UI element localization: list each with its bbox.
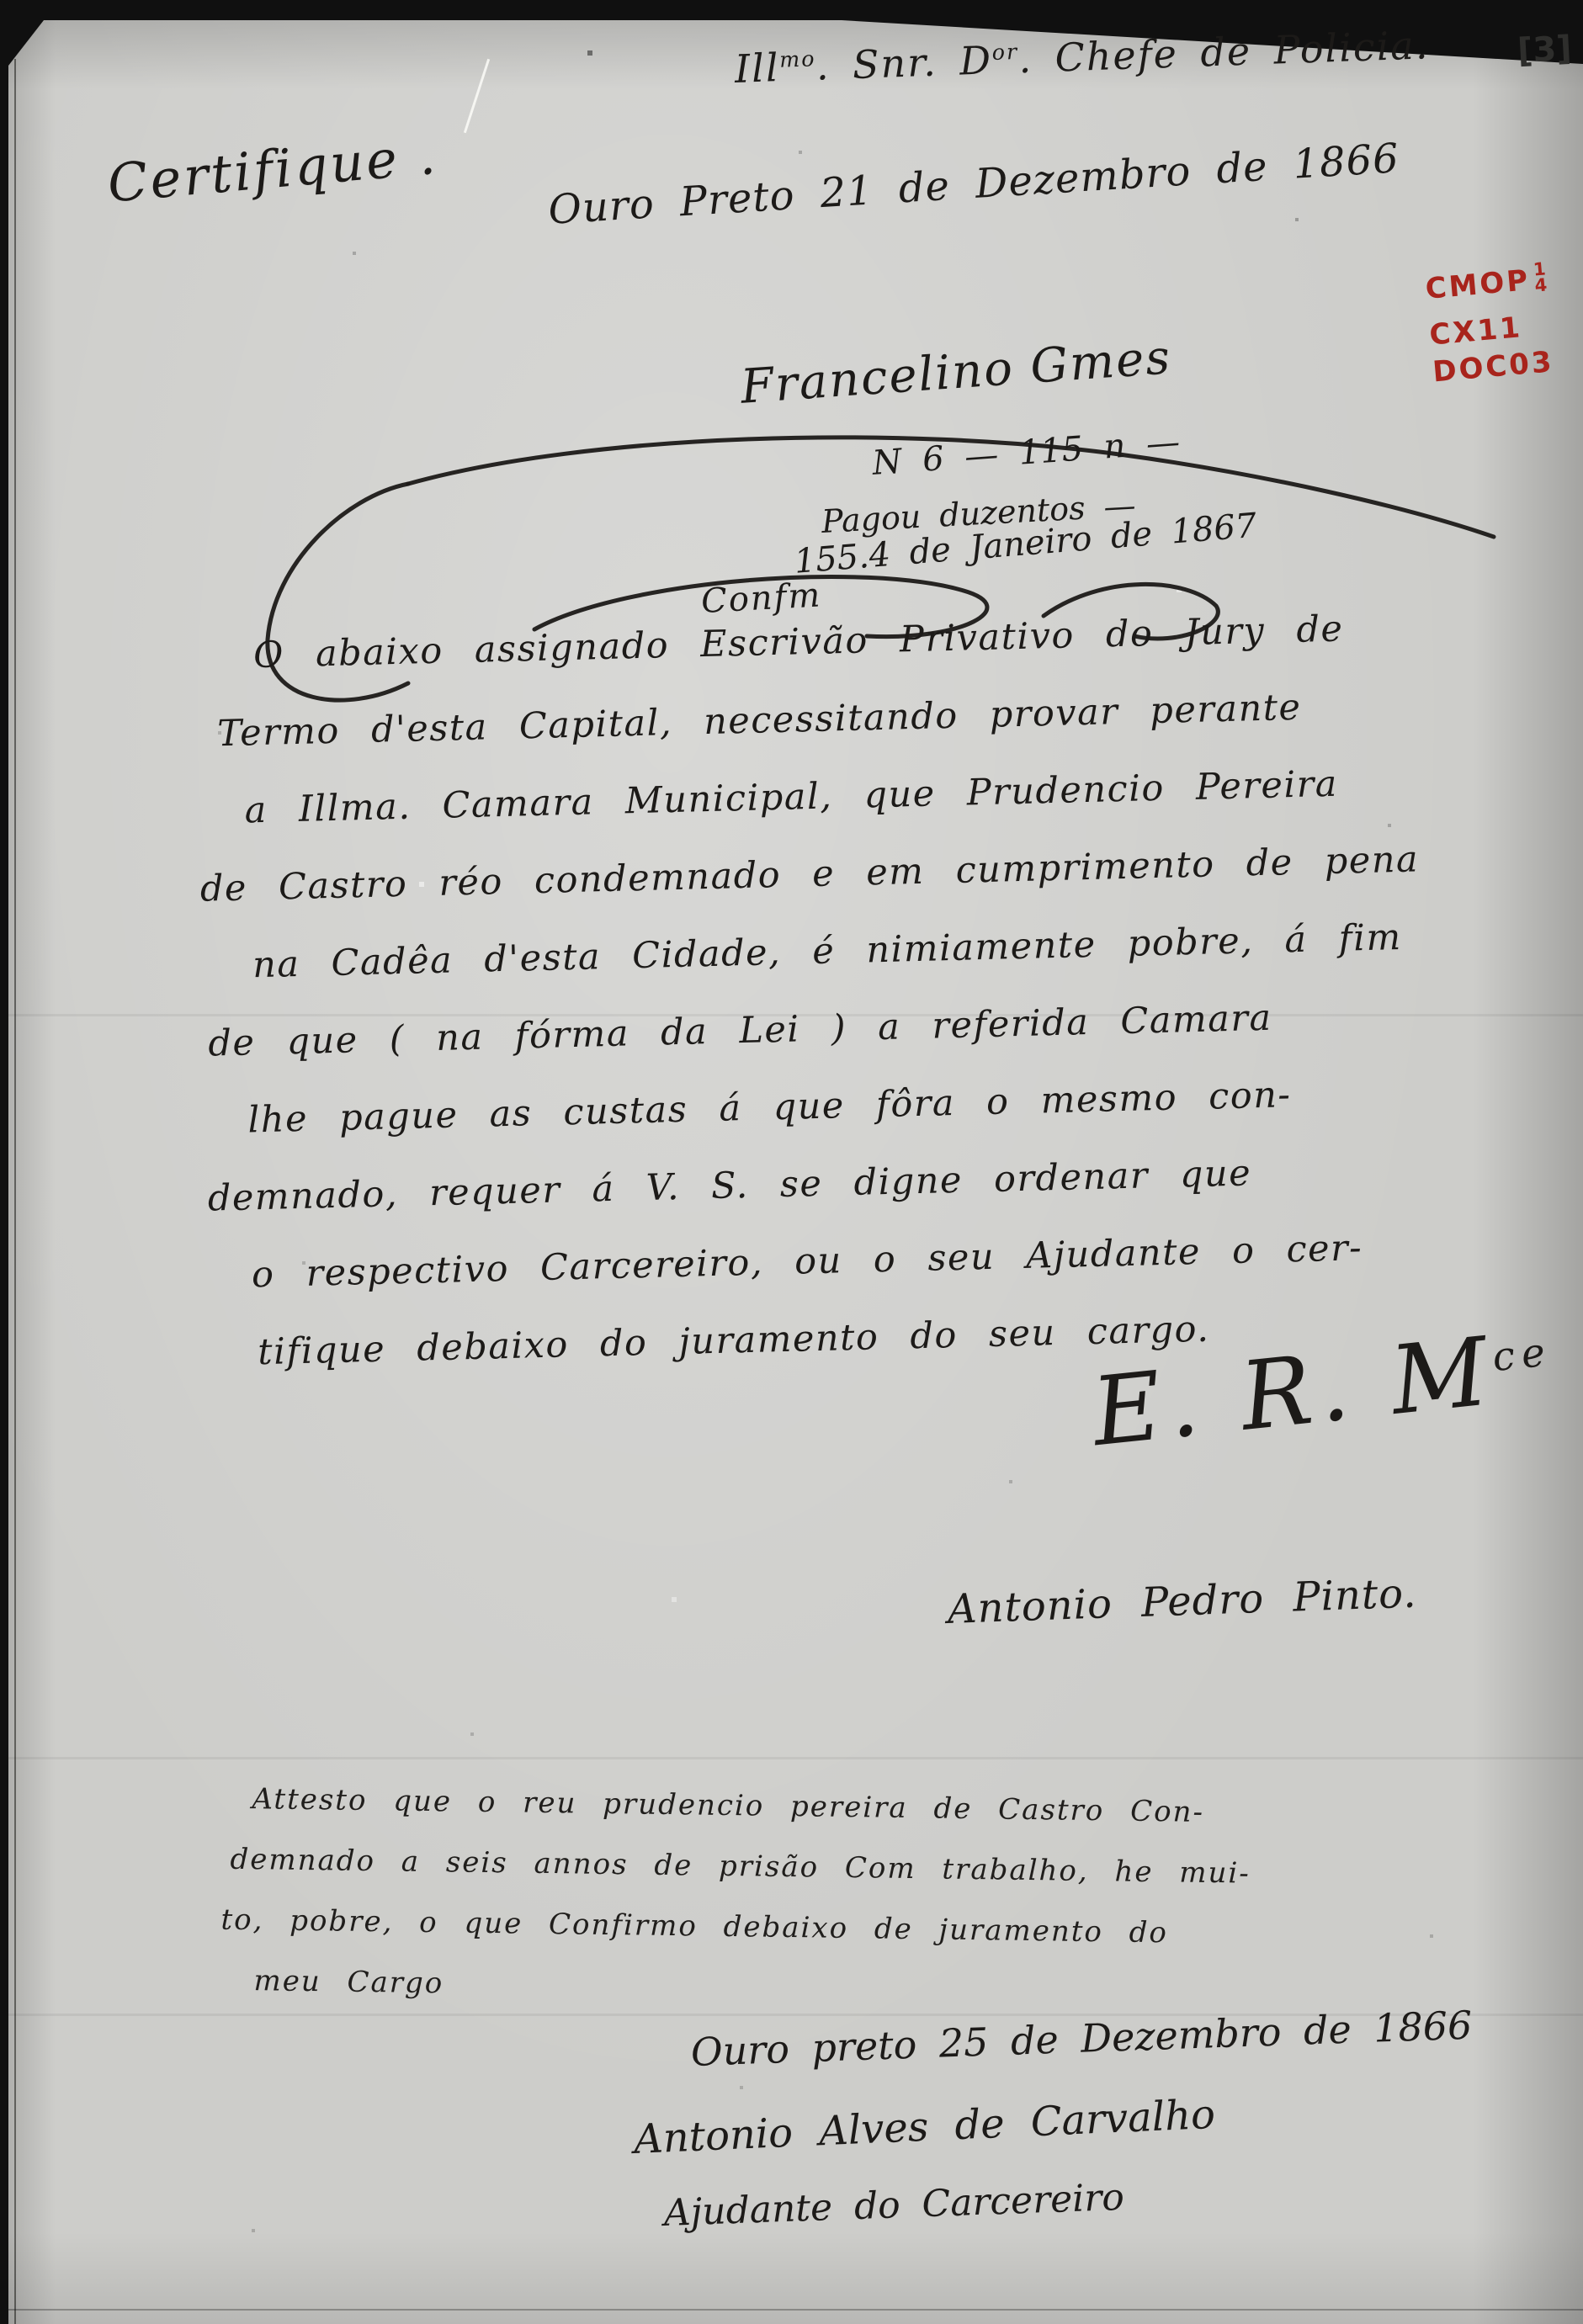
salutation-superscript: mo: [779, 46, 816, 72]
stamp-fraction: 14: [1533, 261, 1550, 294]
salutation-text: Ill: [734, 45, 780, 92]
paper-edge-line: [14, 59, 16, 2324]
stamp-fund: CMOP: [1424, 263, 1532, 306]
petition-body: O abaixo assignado Escrivão Privativo do…: [189, 588, 1432, 1392]
paper-bottom-edge: [8, 2309, 1583, 2311]
stamp-fraction-bottom: 4: [1534, 277, 1550, 294]
paper-specks: [0, 0, 2, 2]
scanned-document: Illmo. Snr. Dor. Chefe de Policia. [3] C…: [0, 0, 1583, 2324]
salutation-text: . Snr. D: [815, 37, 993, 88]
fold-crease: [8, 1757, 1583, 1759]
page-number-marker: [3]: [1517, 29, 1573, 71]
closing-superscript: ce: [1490, 1329, 1554, 1381]
salutation-superscript: or: [991, 40, 1018, 65]
attestation-body: Attesto que o reu prudencio pereira de C…: [245, 1769, 1251, 2025]
